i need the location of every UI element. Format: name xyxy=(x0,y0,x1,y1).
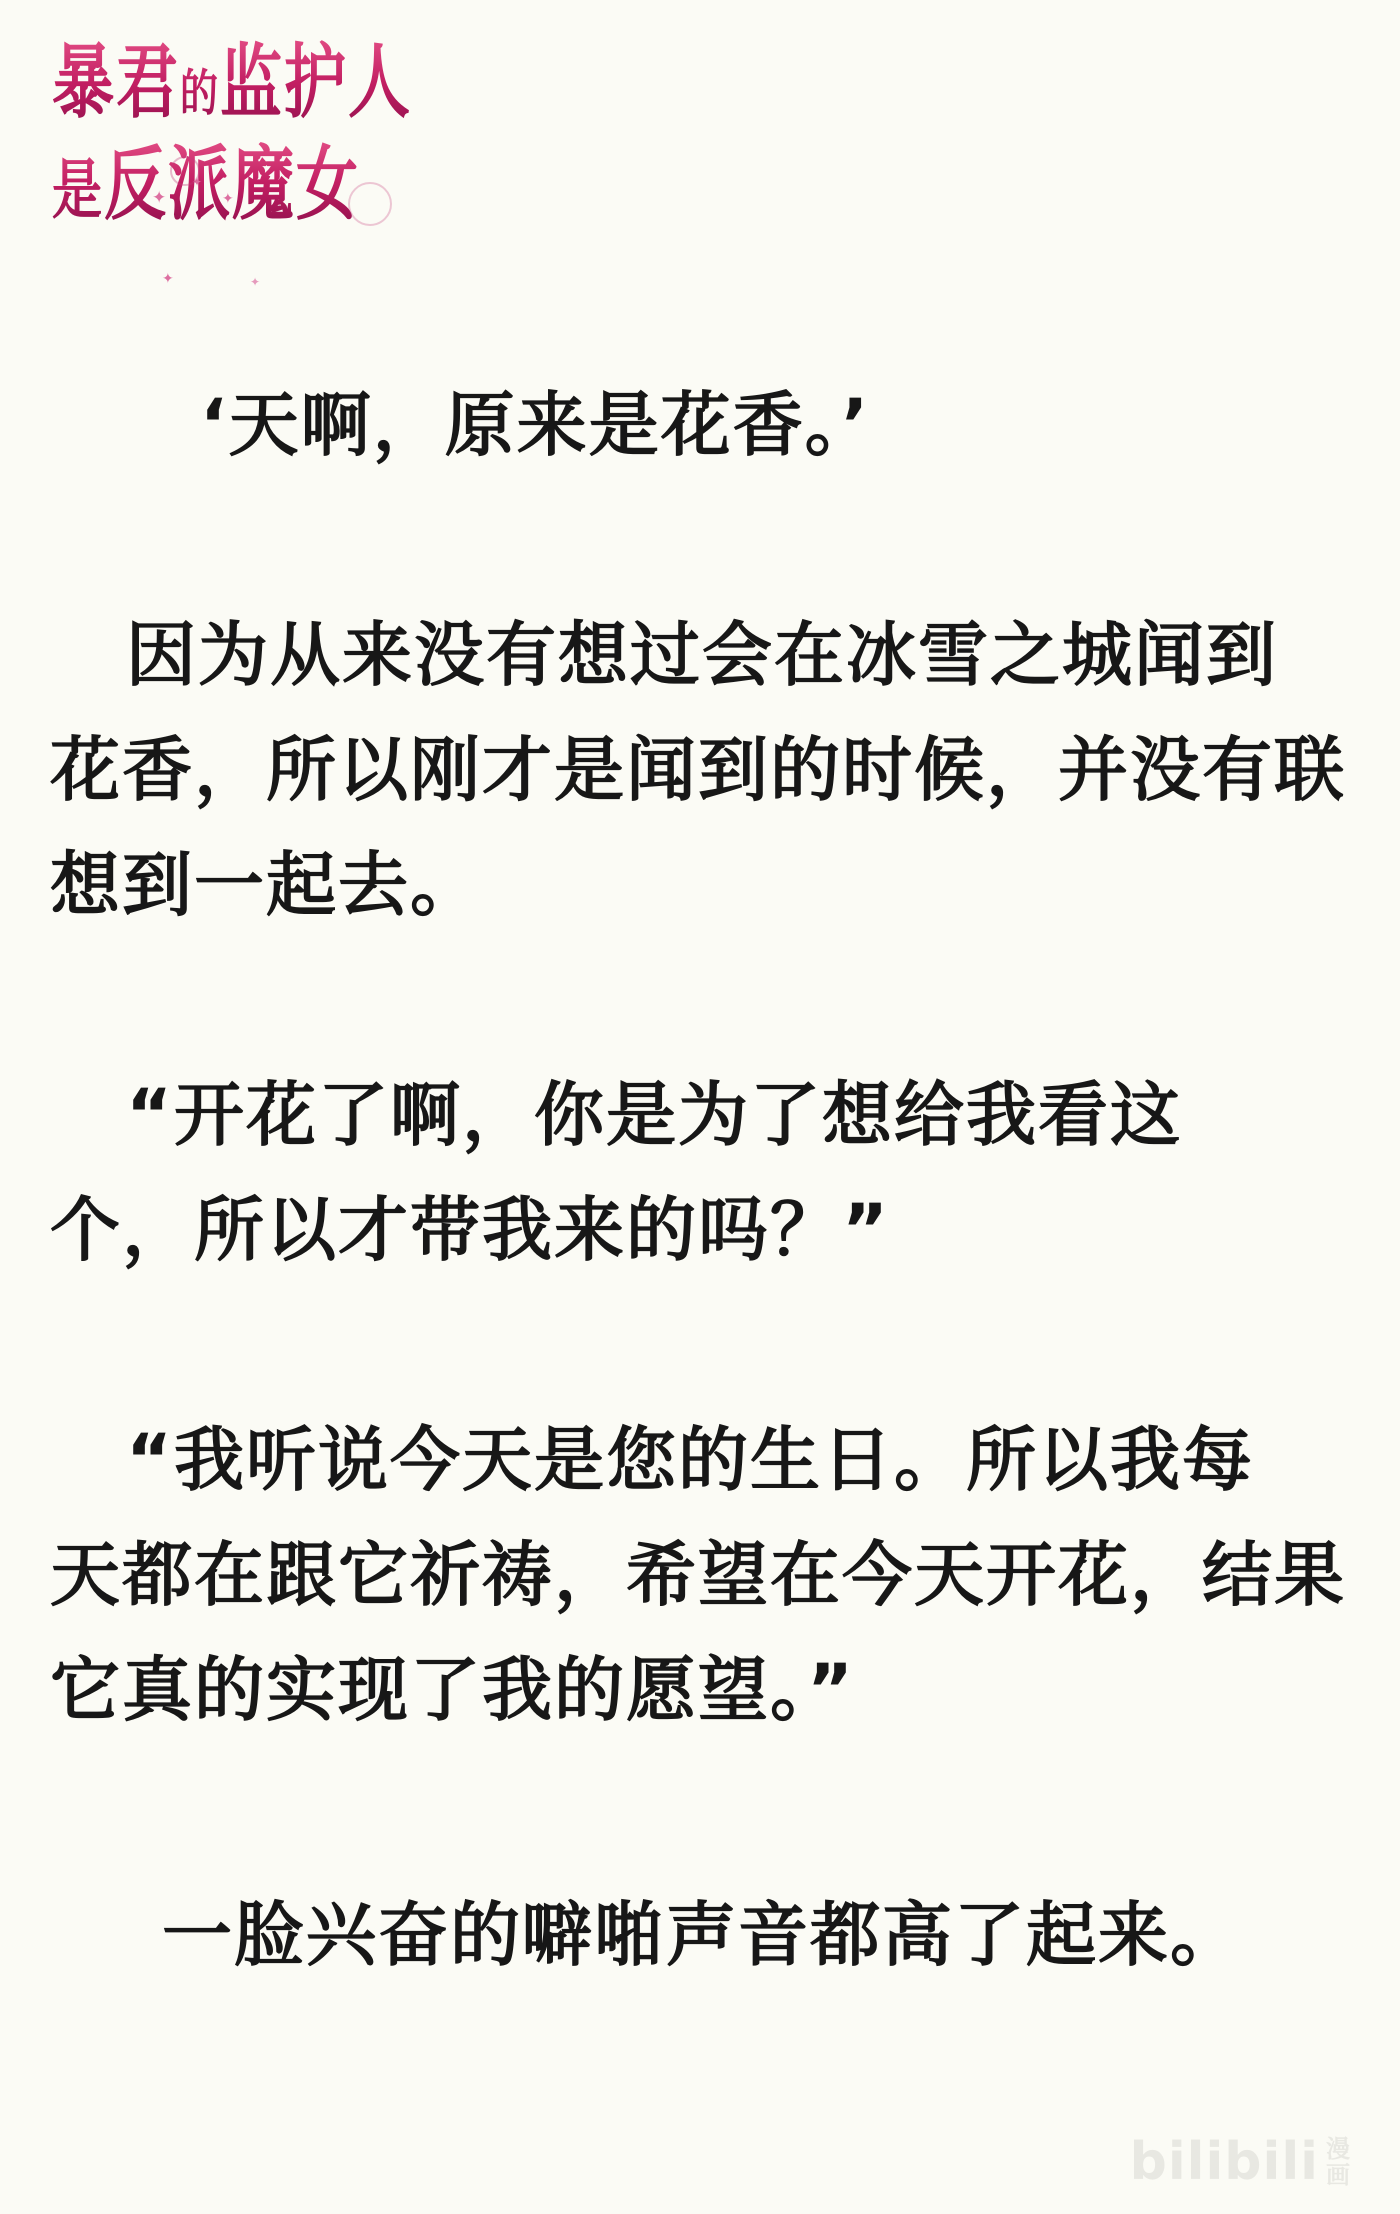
bilibili-manga-watermark: bilibili 漫 画 xyxy=(1130,2136,1350,2188)
text-line: “我听说今天是您的生日。所以我每 xyxy=(50,1403,1346,1518)
paragraph-5-narration: 一脸兴奋的噼啪声音都高了起来。 xyxy=(50,1878,1346,1993)
logo-text-villain: 反派 xyxy=(104,137,232,232)
sparkle-icon: ✦ xyxy=(152,190,166,207)
text-line: 天都在跟它祈祷，希望在今天开花，结果 xyxy=(50,1518,1346,1633)
manga-label-char2: 画 xyxy=(1326,2162,1350,2188)
series-logo: 暴君的监护人 是反派魔女 ✦ ✦ ✦ ✦ ✦ xyxy=(52,40,412,212)
bilibili-logo: bilibili xyxy=(1130,2136,1319,2188)
text-line: 个，所以才带我来的吗？” xyxy=(50,1173,1346,1288)
sparkle-icon: ✦ xyxy=(250,276,260,288)
text-line: 因为从来没有想过会在冰雪之城闻到 xyxy=(50,598,1346,713)
manga-label-char1: 漫 xyxy=(1326,2136,1350,2162)
logo-text-witch: 魔女 xyxy=(232,137,360,232)
paragraph-4-dialogue: “我听说今天是您的生日。所以我每天都在跟它祈祷，希望在今天开花，结果它真的实现了… xyxy=(50,1403,1346,1748)
series-logo-line1: 暴君的监护人 xyxy=(52,40,412,136)
paragraph-1-inner-thought: ‘天啊，原来是花香。’ xyxy=(50,368,1346,483)
circle-ornament-icon xyxy=(170,156,200,186)
logo-text-is: 是 xyxy=(52,151,104,228)
paragraph-2-narration: 因为从来没有想过会在冰雪之城闻到花香，所以刚才是闻到的时候，并没有联想到一起去。 xyxy=(50,598,1346,943)
circle-ornament-icon xyxy=(348,182,392,226)
novel-reader-page: 暴君的监护人 是反派魔女 ✦ ✦ ✦ ✦ ✦ ‘天啊，原来是花香。’因为从来没有… xyxy=(0,0,1400,2214)
text-line: 它真的实现了我的愿望。” xyxy=(50,1633,1346,1748)
text-line: “开花了啊，你是为了想给我看这 xyxy=(50,1058,1346,1173)
text-line: 想到一起去。 xyxy=(50,828,1346,943)
manga-label: 漫 画 xyxy=(1326,2136,1350,2188)
chapter-text: ‘天啊，原来是花香。’因为从来没有想过会在冰雪之城闻到花香，所以刚才是闻到的时候… xyxy=(50,368,1346,1993)
logo-text-guardian: 监护人 xyxy=(220,35,412,130)
text-line: ‘天啊，原来是花香。’ xyxy=(50,368,1346,483)
logo-text-tyrant: 暴君 xyxy=(52,35,180,130)
text-line: 花香，所以刚才是闻到的时候，并没有联 xyxy=(50,713,1346,828)
sparkle-icon: ✦ xyxy=(162,272,174,286)
logo-text-particle: 的 xyxy=(180,63,220,121)
paragraph-3-dialogue: “开花了啊，你是为了想给我看这个，所以才带我来的吗？” xyxy=(50,1058,1346,1288)
sparkle-icon: ✦ xyxy=(222,192,234,206)
text-line: 一脸兴奋的噼啪声音都高了起来。 xyxy=(50,1878,1346,1993)
